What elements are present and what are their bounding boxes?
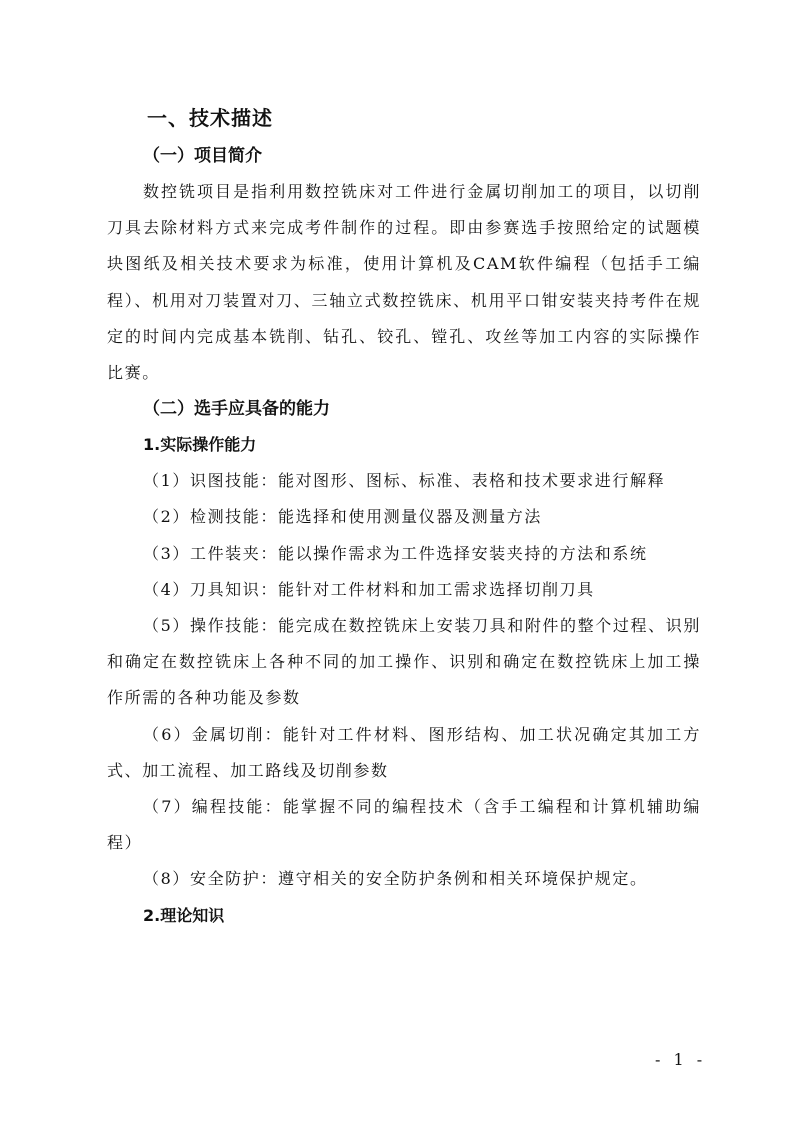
heading-theory-knowledge: 2.理论知识 — [143, 898, 701, 934]
heading-project-intro: （一）项目简介 — [143, 138, 701, 174]
list-item-safety-protection: （8）安全防护：遵守相关的安全防护条例和相关环境保护规定。 — [107, 861, 701, 897]
list-item-inspection-skill: （2）检测技能：能选择和使用测量仪器及测量方法 — [107, 499, 701, 535]
heading-practical-skills: 1.实际操作能力 — [143, 427, 701, 463]
list-item-operation-skill: （5）操作技能：能完成在数控铣床上安装刀具和附件的整个过程、识别和确定在数控铣床… — [107, 608, 701, 717]
heading-technical-description: 一、技术描述 — [147, 100, 701, 136]
list-item-workpiece-clamping: （3）工件装夹：能以操作需求为工件选择安装夹持的方法和系统 — [107, 536, 701, 572]
list-item-programming-skill: （7）编程技能：能掌握不同的编程技术（含手工编程和计算机辅助编程） — [107, 789, 701, 861]
paragraph-project-intro: 数控铣项目是指利用数控铣床对工件进行金属切削加工的项目，以切削刀具去除材料方式来… — [107, 174, 701, 391]
page-number: - 1 - — [655, 1050, 706, 1069]
list-item-tool-knowledge: （4）刀具知识：能针对工件材料和加工需求选择切削刀具 — [107, 572, 701, 608]
heading-competitor-abilities: （二）选手应具备的能力 — [143, 391, 701, 427]
page-content: 一、技术描述 （一）项目简介 数控铣项目是指利用数控铣床对工件进行金属切削加工的… — [107, 100, 701, 934]
list-item-drawing-skill: （1）识图技能：能对图形、图标、标准、表格和技术要求进行解释 — [107, 463, 701, 499]
document-page: 一、技术描述 （一）项目简介 数控铣项目是指利用数控铣床对工件进行金属切削加工的… — [0, 0, 800, 1131]
list-item-metal-cutting: （6）金属切削：能针对工件材料、图形结构、加工状况确定其加工方式、加工流程、加工… — [107, 717, 701, 789]
